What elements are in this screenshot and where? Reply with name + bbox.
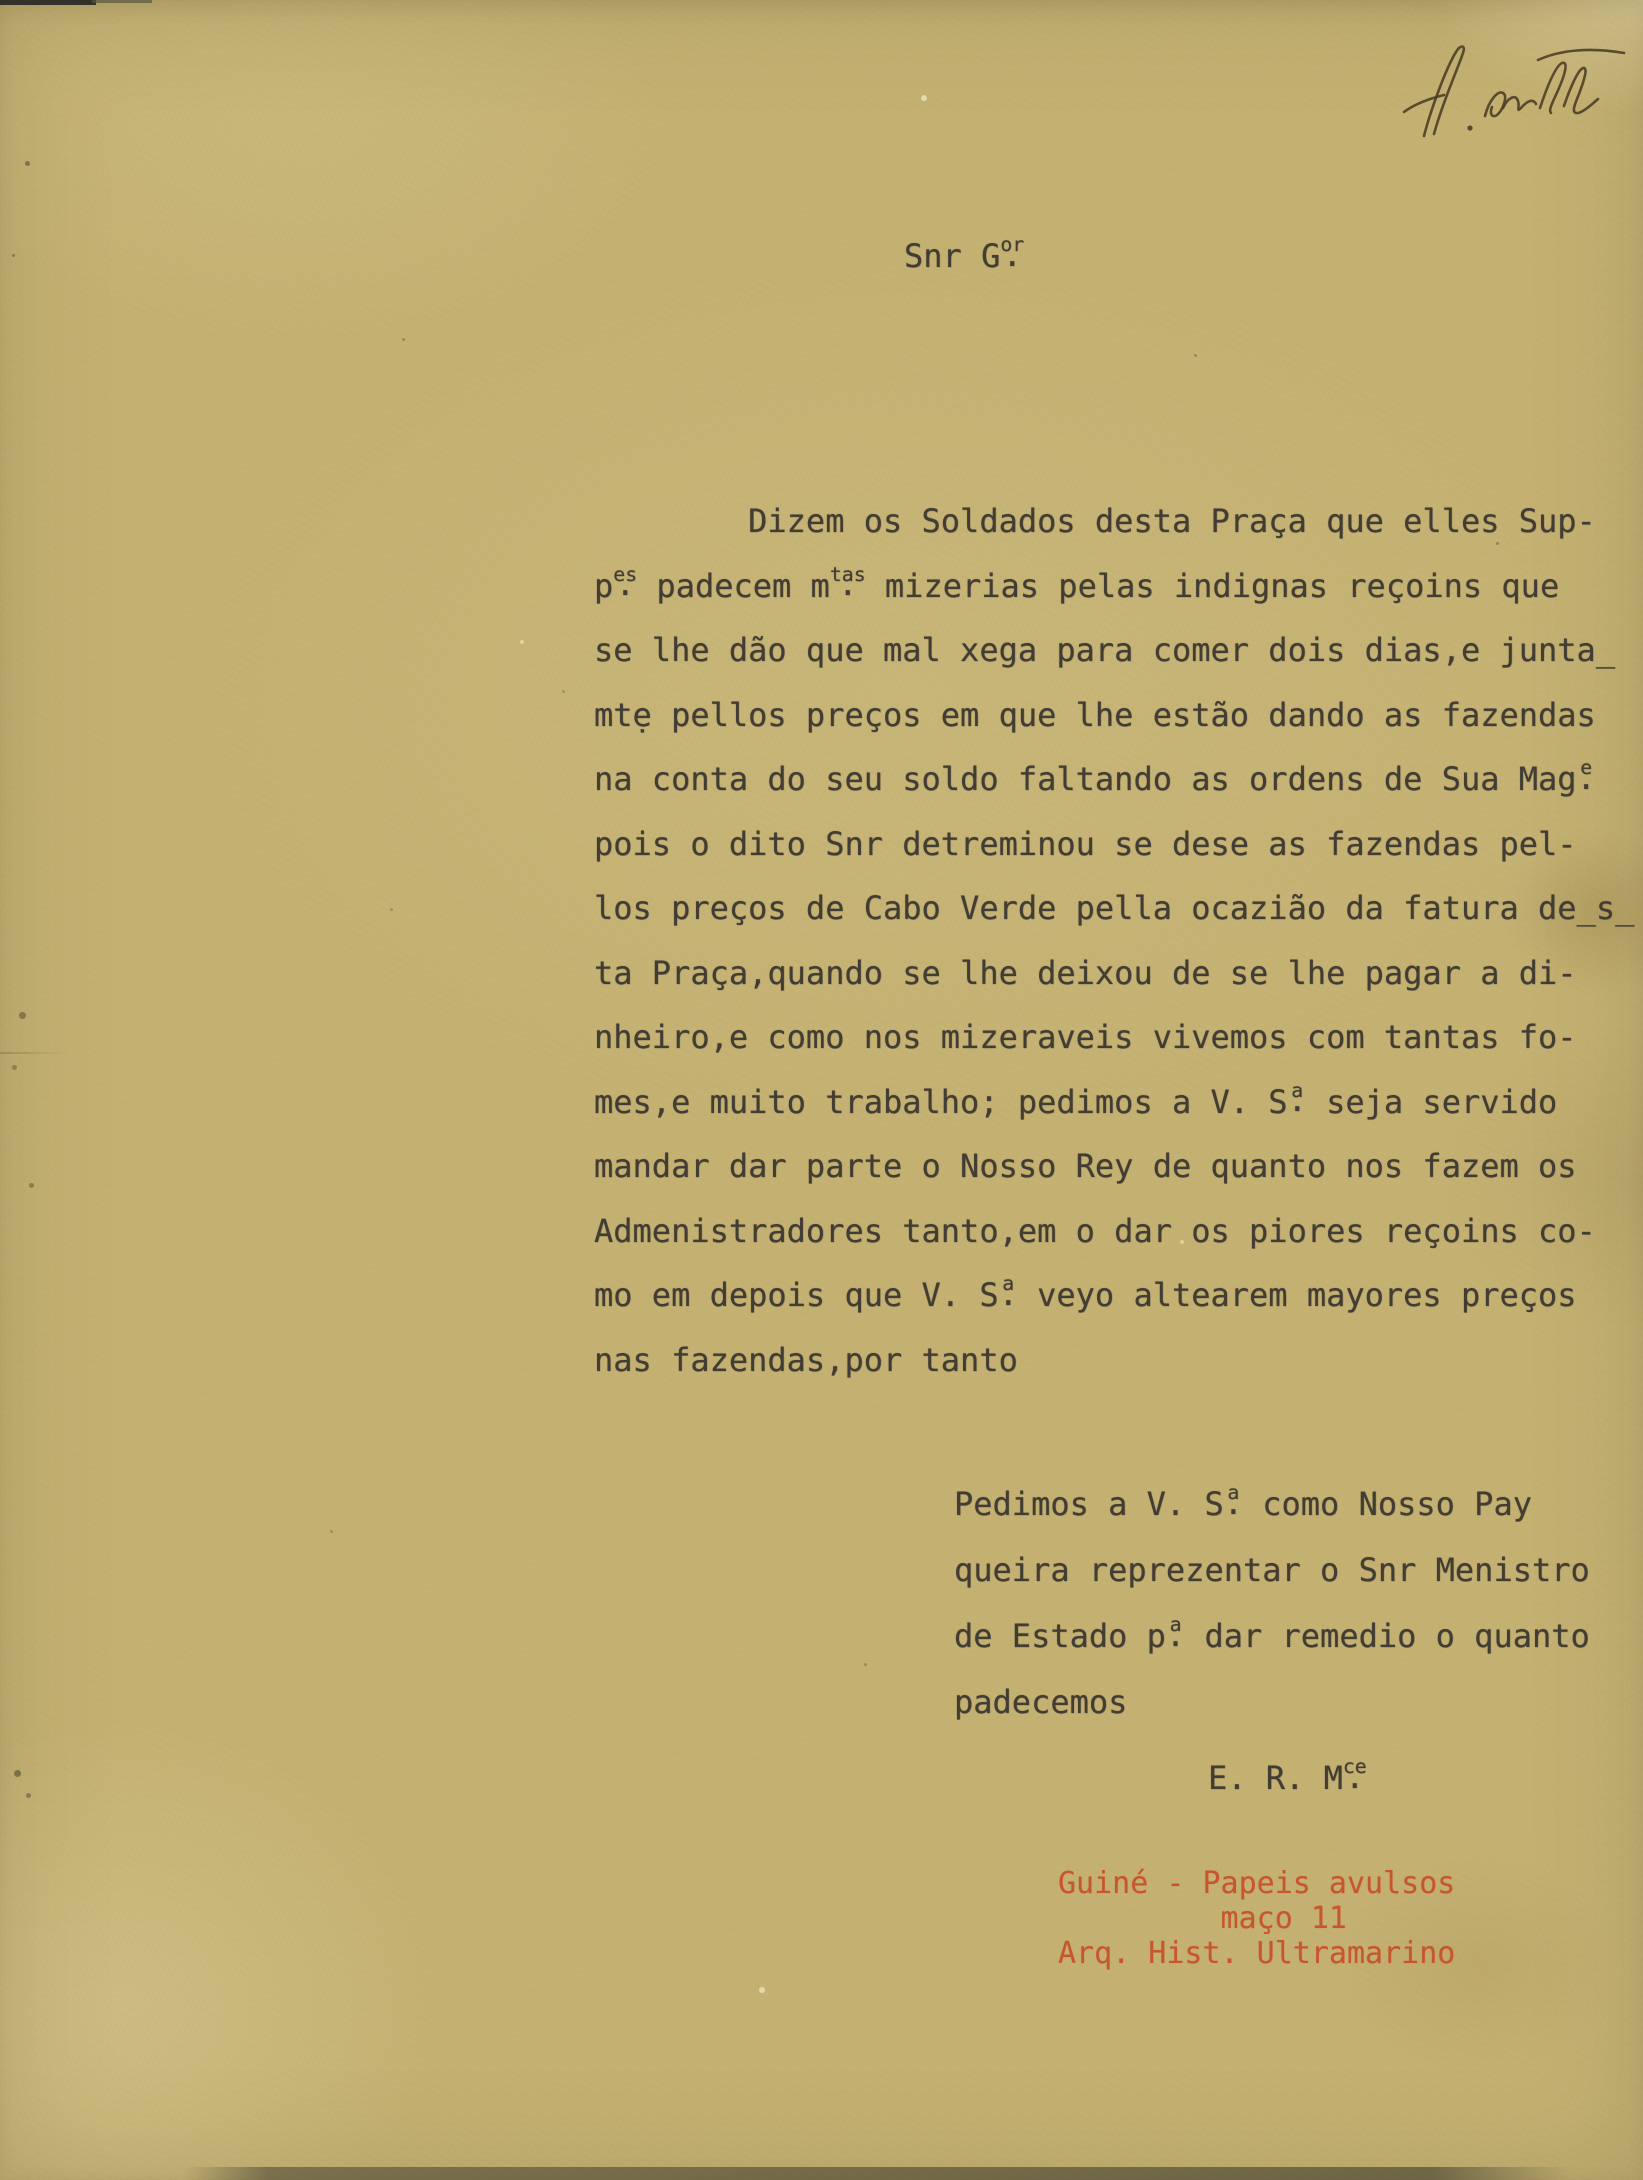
text-line: queira reprezentar o Snr Menistro bbox=[954, 1537, 1590, 1603]
text-line: maço 11 bbox=[1058, 1901, 1455, 1936]
text-line: na conta do seu soldo faltando as ordens… bbox=[594, 747, 1634, 812]
text-line: Admenistradores tanto,em o dar os piores… bbox=[594, 1199, 1634, 1264]
top-edge-mark bbox=[0, 0, 96, 5]
letter-body: Dizem os Soldados desta Praça que elles … bbox=[594, 489, 1634, 1392]
closing-initials: E. R. Mce. bbox=[1208, 1762, 1367, 1794]
text-line: mo em depois que V. Sa. veyo altearem ma… bbox=[594, 1263, 1634, 1328]
text-line: se lhe dão que mal xega para comer dois … bbox=[594, 618, 1634, 683]
paper-specks-light bbox=[0, 0, 4, 4]
paper-specks-dark bbox=[0, 0, 3, 3]
scanned-letter-page: Snr Gor. Dizem os Soldados desta Praça q… bbox=[0, 0, 1643, 2180]
top-edge-mark-faint bbox=[92, 0, 152, 3]
text-line: mtẹ pellos preços em que lhe estão dando… bbox=[594, 683, 1634, 748]
text-line: padecemos bbox=[954, 1669, 1590, 1735]
text-line: Dizem os Soldados desta Praça que elles … bbox=[594, 489, 1634, 554]
left-crease-mark bbox=[0, 1052, 70, 1054]
text-line: Guiné - Papeis avulsos bbox=[1058, 1866, 1455, 1901]
salutation: Snr Gor. bbox=[904, 240, 1024, 272]
text-line: los preços de Cabo Verde pella ocazião d… bbox=[594, 876, 1634, 941]
text-line: Arq. Hist. Ultramarino bbox=[1058, 1936, 1455, 1971]
text-line: pois o dito Snr detreminou se dese as fa… bbox=[594, 812, 1634, 877]
petition-paragraph: Pedimos a V. Sa. como Nosso Payqueira re… bbox=[954, 1471, 1590, 1735]
text-line: de Estado pa. dar remedio o quanto bbox=[954, 1603, 1590, 1669]
text-line: mes,e muito trabalho; pedimos a V. Sa. s… bbox=[594, 1070, 1634, 1135]
text-line: pes. padecem mtas. mizerias pelas indign… bbox=[594, 554, 1634, 619]
text-line: ta Praça,quando se lhe deixou de se lhe … bbox=[594, 941, 1634, 1006]
archive-stamp: Guiné - Papeis avulsos maço 11Arq. Hist.… bbox=[1058, 1866, 1455, 1971]
text-line: Pedimos a V. Sa. como Nosso Pay bbox=[954, 1471, 1590, 1537]
handwritten-signature bbox=[1390, 40, 1640, 144]
text-line: mandar dar parte o Nosso Rey de quanto n… bbox=[594, 1134, 1634, 1199]
text-line: nheiro,e como nos mizeraveis vivemos com… bbox=[594, 1005, 1634, 1070]
text-line: nas fazendas,por tanto bbox=[594, 1328, 1634, 1393]
bottom-edge-shadow bbox=[185, 2167, 1570, 2180]
